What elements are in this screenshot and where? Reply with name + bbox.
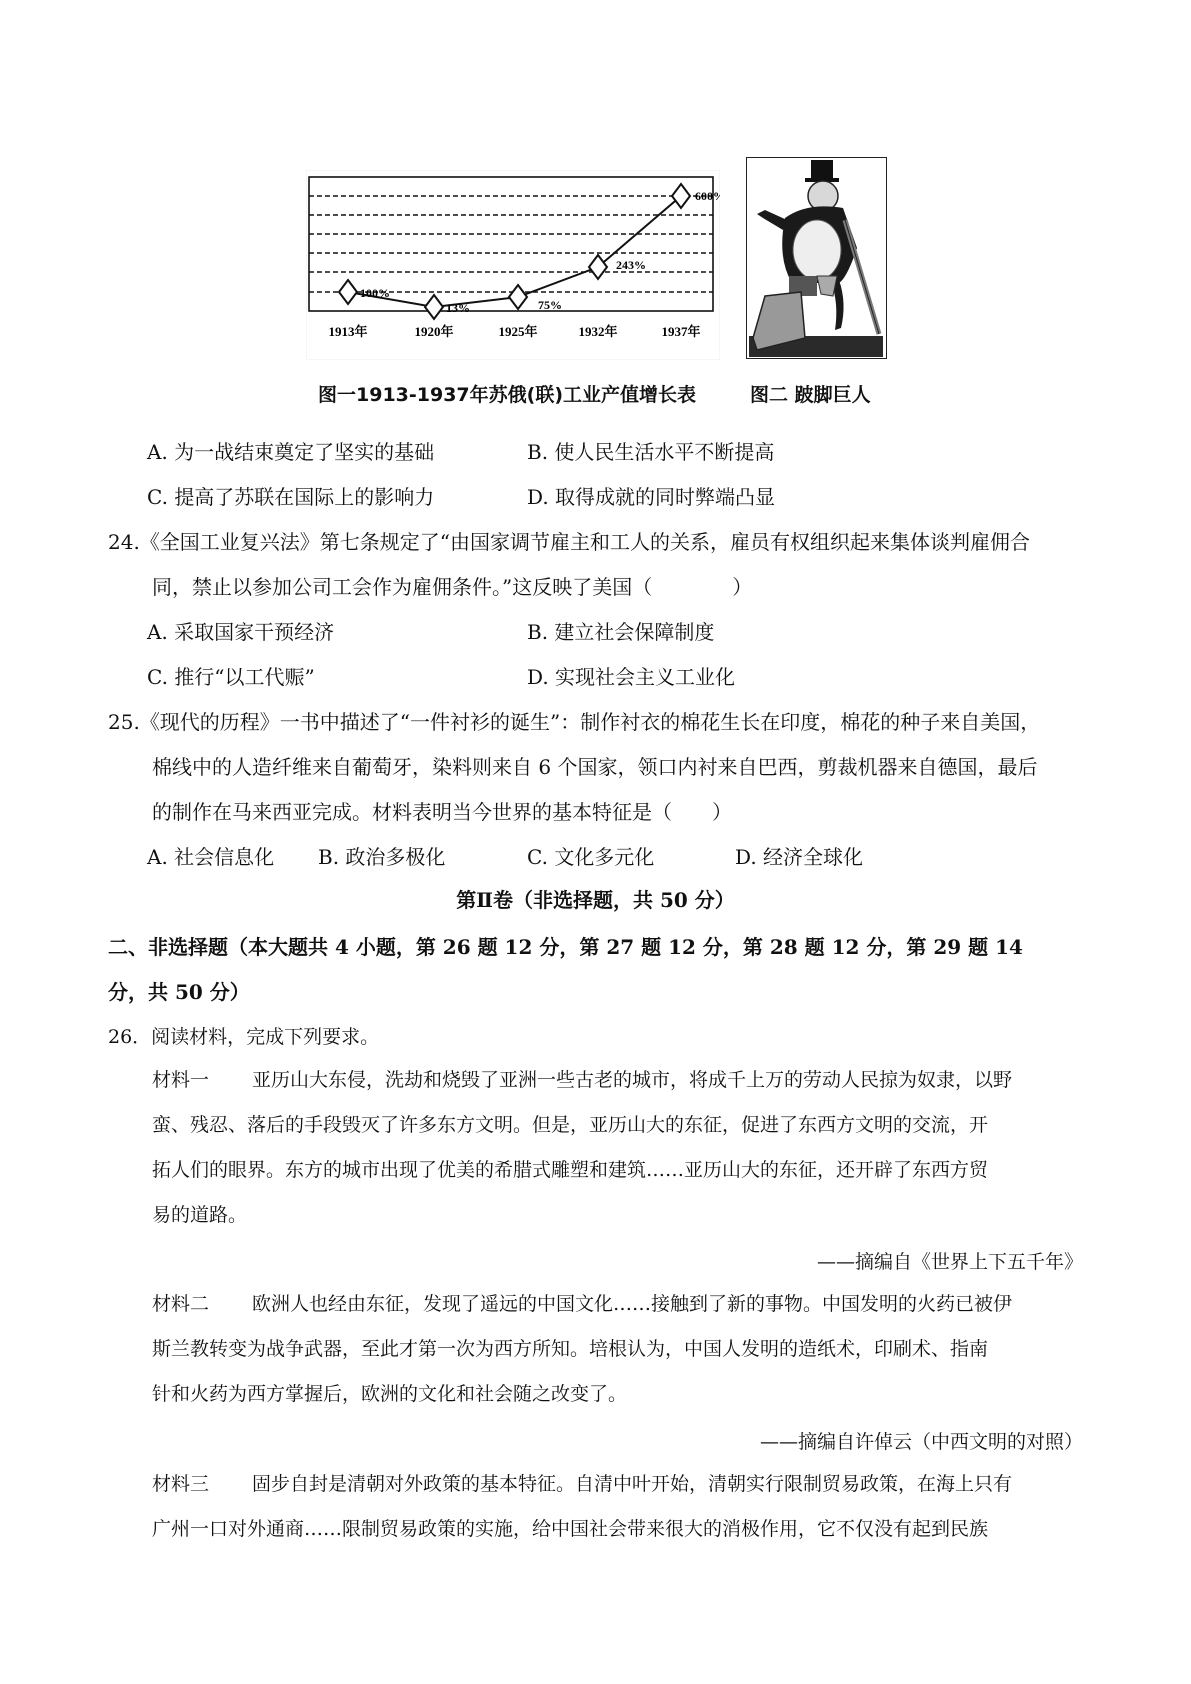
material-1-line: 蛮、残忍、落后的手段毁灭了许多东方文明。但是，亚历山大的东征，促进了东西方文明的… <box>152 1113 988 1137</box>
q26-stem: 26．阅读材料，完成下列要求。 <box>108 1025 379 1049</box>
material-2-label: 材料二 <box>152 1292 209 1316</box>
option-letter: D. <box>735 845 757 869</box>
data-label: 13% <box>446 301 470 315</box>
option-text: 采取国家干预经济 <box>174 620 334 644</box>
question-text: 《全国工业复兴法》第七条规定了“由国家调节雇主和工人的关系，雇员有权组织起来集体… <box>140 530 1030 554</box>
q25-stem-line1: 25.《现代的历程》一书中描述了“一件衬衫的诞生”：制作衬衣的棉花生长在印度，棉… <box>108 710 1040 734</box>
line-chart-svg: 100%13%75%243%600% 1913年1920年1925年1932年1… <box>306 170 720 360</box>
option-letter: B. <box>527 620 548 644</box>
data-label: 75% <box>538 298 562 312</box>
q24-option-b[interactable]: B. 建立社会保障制度 <box>527 620 714 644</box>
q24-stem-line1: 24.《全国工业复兴法》第七条规定了“由国家调节雇主和工人的关系，雇员有权组织起… <box>108 530 1030 554</box>
q25-option-a[interactable]: A. 社会信息化 <box>147 845 274 869</box>
q25-stem-line2: 棉线中的人造纤维来自葡萄牙，染料则来自 6 个国家，领口内衬来自巴西，剪裁机器来… <box>152 755 1037 779</box>
option-letter: C. <box>147 485 168 509</box>
option-text: 政治多极化 <box>345 845 445 869</box>
material-1-label: 材料一 <box>152 1068 209 1092</box>
option-letter: D. <box>527 665 549 689</box>
option-letter: C. <box>147 665 168 689</box>
material-1-line: 拓人们的眼界。东方的城市出现了优美的希腊式雕塑和建筑……亚历山大的东征，还开辟了… <box>152 1158 988 1182</box>
q24-option-c[interactable]: C. 推行“以工代赈” <box>147 665 315 689</box>
question-text: 《现代的历程》一书中描述了“一件衬衫的诞生”：制作衬衣的棉花生长在印度，棉花的种… <box>140 710 1040 734</box>
material-3-line: 广州一口对外通商……限制贸易政策的实施，给中国社会带来很大的消极作用，它不仅没有… <box>152 1517 988 1541</box>
q24-option-a[interactable]: A. 采取国家干预经济 <box>147 620 334 644</box>
option-text: 取得成就的同时弊端凸显 <box>555 485 775 509</box>
material-1-line: 亚历山大东侵，洗劫和烧毁了亚洲一些古老的城市，将成千上万的劳动人民掠为奴隶，以野 <box>252 1068 1012 1092</box>
option-letter: B. <box>318 845 339 869</box>
x-tick-label: 1937年 <box>661 324 700 339</box>
data-label: 100% <box>360 286 390 300</box>
q25-option-d[interactable]: D. 经济全球化 <box>735 845 863 869</box>
option-letter: A. <box>147 620 168 644</box>
option-text: 推行“以工代赈” <box>174 665 314 689</box>
option-letter: B. <box>527 440 548 464</box>
option-text: 实现社会主义工业化 <box>555 665 735 689</box>
q25-option-b[interactable]: B. 政治多极化 <box>318 845 445 869</box>
option-text: 提高了苏联在国际上的影响力 <box>174 485 434 509</box>
data-label: 600% <box>695 189 720 203</box>
material-1-source: ——摘编自《世界上下五千年》 <box>817 1247 1083 1274</box>
chart-caption: 图一1913-1937年苏俄(联)工业产值增长表 <box>318 380 696 407</box>
option-text: 文化多元化 <box>554 845 654 869</box>
q25-option-c[interactable]: C. 文化多元化 <box>527 845 654 869</box>
q24-stem-line2: 同，禁止以参加公司工会作为雇佣条件。”这反映了美国（ ） <box>152 575 752 599</box>
cartoon-figure-image <box>747 158 885 357</box>
option-text: 经济全球化 <box>763 845 863 869</box>
lame-giant-cartoon <box>746 157 887 359</box>
material-3-line: 固步自封是清朝对外政策的基本特征。自清中叶开始，清朝实行限制贸易政策，在海上只有 <box>252 1472 1012 1496</box>
material-2-line: 针和火药为西方掌握后，欧洲的文化和社会随之改变了。 <box>152 1382 627 1406</box>
industrial-growth-chart: 100%13%75%243%600% 1913年1920年1925年1932年1… <box>306 170 720 360</box>
volume-title: 第Ⅱ卷（非选择题，共 50 分） <box>0 888 1191 912</box>
material-3-label: 材料三 <box>152 1472 209 1496</box>
data-label: 243% <box>616 258 646 272</box>
question-number: 24. <box>108 530 140 554</box>
option-letter: D. <box>527 485 549 509</box>
cartoon-caption: 图二 跛脚巨人 <box>750 380 871 407</box>
option-letter: A. <box>147 845 168 869</box>
q23-option-d[interactable]: D. 取得成就的同时弊端凸显 <box>527 485 775 509</box>
material-2-line: 斯兰教转变为战争武器，至此才第一次为西方所知。培根认为，中国人发明的造纸术，印刷… <box>152 1337 988 1361</box>
option-text: 为一战结束奠定了坚实的基础 <box>174 440 434 464</box>
option-text: 社会信息化 <box>174 845 274 869</box>
material-1-line: 易的道路。 <box>152 1203 247 1227</box>
q23-option-b[interactable]: B. 使人民生活水平不断提高 <box>527 440 774 464</box>
q23-option-c[interactable]: C. 提高了苏联在国际上的影响力 <box>147 485 434 509</box>
question-number: 25. <box>108 710 140 734</box>
option-letter: A. <box>147 440 168 464</box>
x-tick-label: 1920年 <box>414 324 453 339</box>
q23-option-a[interactable]: A. 为一战结束奠定了坚实的基础 <box>147 440 434 464</box>
section-heading-line2: 分，共 50 分） <box>108 980 250 1004</box>
x-tick-label: 1932年 <box>578 324 617 339</box>
x-tick-label: 1925年 <box>498 324 537 339</box>
material-2-line: 欧洲人也经由东征，发现了遥远的中国文化……接触到了新的事物。中国发明的火药已被伊 <box>252 1292 1012 1316</box>
option-text: 建立社会保障制度 <box>554 620 714 644</box>
option-letter: C. <box>527 845 548 869</box>
material-2-source: ——摘编自许倬云（中西文明的对照） <box>760 1427 1083 1454</box>
q25-stem-line3: 的制作在马来西亚完成。材料表明当今世界的基本特征是（ ） <box>152 800 732 824</box>
q24-option-d[interactable]: D. 实现社会主义工业化 <box>527 665 735 689</box>
section-heading-line1: 二、非选择题（本大题共 4 小题，第 26 题 12 分，第 27 题 12 分… <box>108 935 1023 959</box>
x-tick-label: 1913年 <box>328 324 367 339</box>
option-text: 使人民生活水平不断提高 <box>554 440 774 464</box>
